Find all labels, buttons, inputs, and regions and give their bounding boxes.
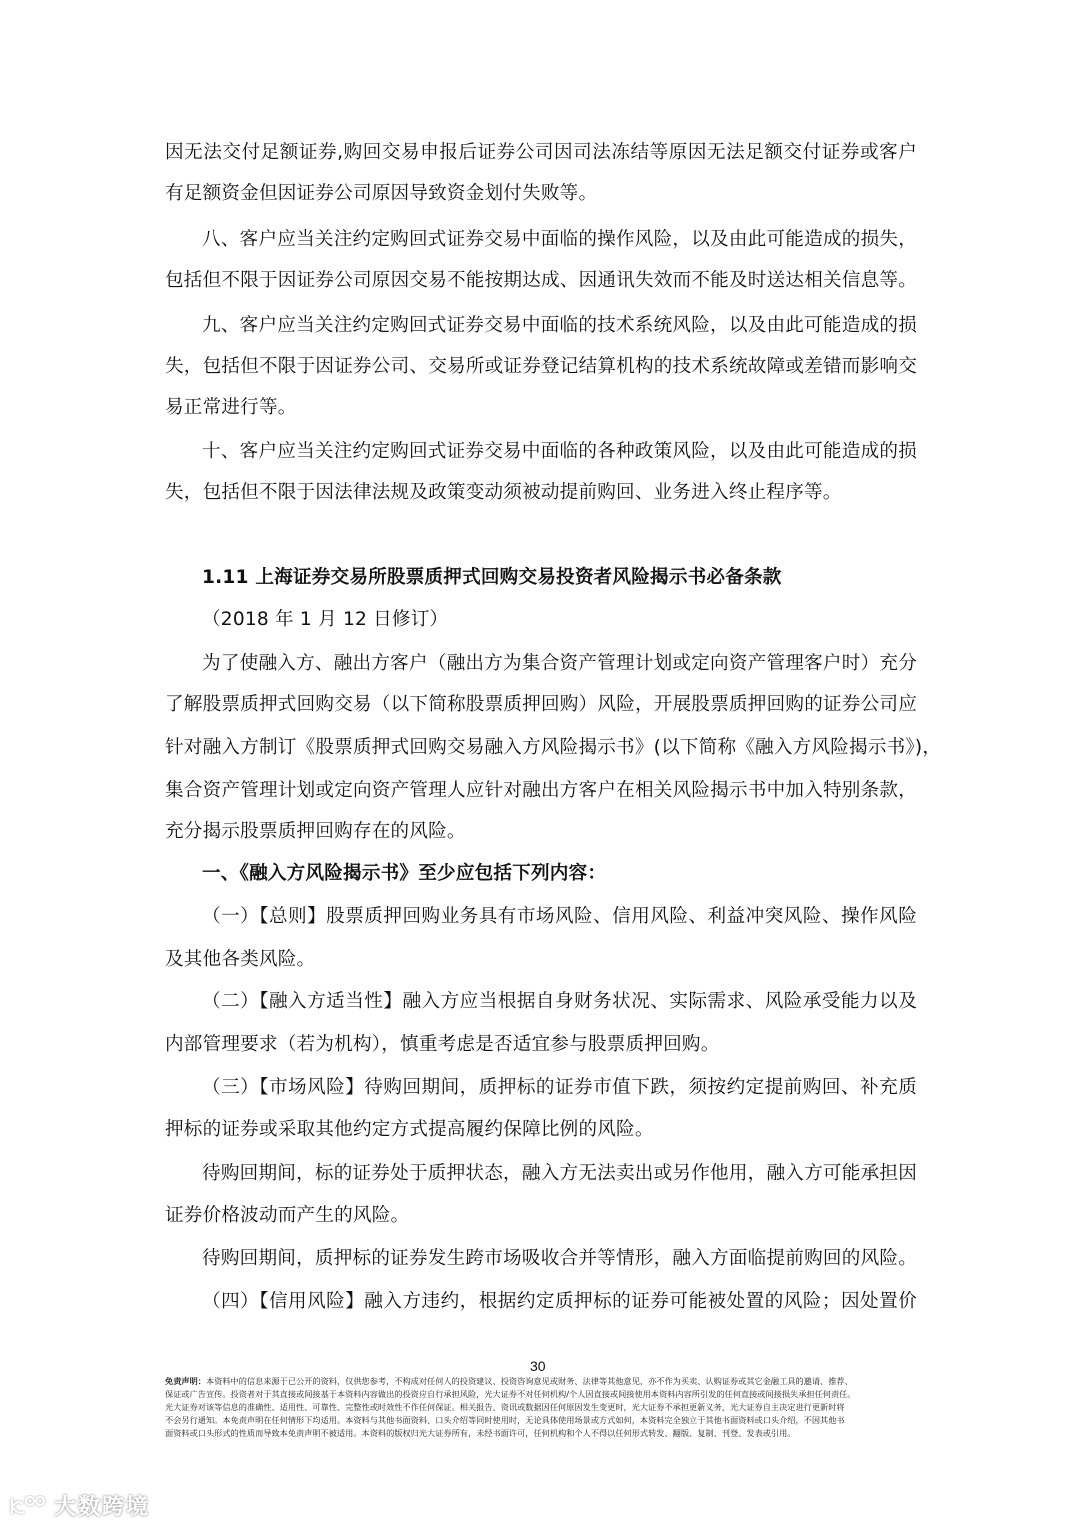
paragraph-line: 十、客户应当关注约定购回式证券交易中面临的各种政策风险，以及由此可能造成的损: [165, 440, 917, 464]
watermark: 大数跨境: [8, 1490, 150, 1521]
paragraph-line: 九、客户应当关注约定购回式证券交易中面临的技术系统风险，以及由此可能造成的损: [165, 314, 917, 338]
disclaimer-line: 光大证券对该等信息的准确性、适用性、可靠性、完整性或时效性不作任何保证。相关报告…: [165, 1401, 917, 1414]
paragraph-line: 了解股票质押式回购交易（以下简称股票质押回购）风险，开展股票质押回购的证券公司应: [165, 693, 917, 717]
k100-logo-icon: [8, 1495, 48, 1517]
paragraph-line: 押标的证券或采取其他约定方式提高履约保障比例的风险。: [165, 1118, 917, 1142]
section-heading: 1.11 上海证券交易所股票质押式回购交易投资者风险揭示书必备条款: [165, 566, 917, 590]
paragraph-line: 待购回期间，标的证券处于质押状态，融入方无法卖出或另作他用，融入方可能承担因: [165, 1162, 917, 1186]
watermark-text: 大数跨境: [54, 1490, 150, 1521]
paragraph-line: 易正常进行等。: [165, 396, 917, 420]
disclaimer-line: 保证或广告宣传。投资者对于其直接或间接基于本资料内容做出的投资应自行承担风险，光…: [165, 1388, 917, 1401]
paragraph-line: 针对融入方制订《股票质押式回购交易融入方风险揭示书》(以下简称《融入方风险揭示书…: [165, 736, 917, 760]
paragraph-line: 有足额资金但因证券公司原因导致资金划付失败等。: [165, 182, 917, 206]
page-number: 30: [530, 1358, 546, 1374]
paragraph-line: 为了使融入方、融出方客户（融出方为集合资产管理计划或定向资产管理客户时）充分: [165, 652, 917, 676]
paragraph-line: （四）【信用风险】融入方违约，根据约定质押标的证券可能被处置的风险；因处置价: [165, 1290, 917, 1314]
paragraph-line: 因无法交付足额证券,购回交易申报后证券公司因司法冻结等原因无法足额交付证券或客户: [165, 141, 917, 165]
revision-date: （2018 年 1 月 12 日修订）: [165, 608, 954, 632]
disclaimer-line: 免责声明：本资料中的信息来源于已公开的资料，仅供您参考，不构成对任何人的投资建议…: [165, 1375, 917, 1388]
paragraph-line: （二）【融入方适当性】融入方应当根据自身财务状况、实际需求、风险承受能力以及: [165, 990, 917, 1014]
subsection-heading: 一、《融入方风险揭示书》至少应包括下列内容：: [165, 862, 917, 886]
paragraph-line: 及其他各类风险。: [165, 948, 917, 972]
paragraph-line: 待购回期间，质押标的证券发生跨市场吸收合并等情形，融入方面临提前购回的风险。: [165, 1247, 917, 1271]
paragraph-line: 八、客户应当关注约定购回式证券交易中面临的操作风险，以及由此可能造成的损失，: [165, 228, 917, 252]
paragraph-line: （一）【总则】股票质押回购业务具有市场风险、信用风险、利益冲突风险、操作风险: [165, 905, 917, 929]
disclaimer-line: 不会另行通知。本免责声明在任何情形下均适用。本资料与其他书面资料、口头介绍等同时…: [165, 1414, 917, 1427]
paragraph-line: 集合资产管理计划或定向资产管理人应针对融出方客户在相关风险揭示书中加入特别条款，: [165, 779, 917, 803]
disclaimer-line: 面资料或口头形式的性质而导致本免责声明不被适用。本资料的版权归光大证券所有，未经…: [165, 1427, 917, 1440]
paragraph-line: 包括但不限于因证券公司原因交易不能按期达成、因通讯失效而不能及时送达相关信息等。: [165, 269, 917, 293]
paragraph-line: 证券价格波动而产生的风险。: [165, 1204, 917, 1228]
paragraph-line: 充分揭示股票质押回购存在的风险。: [165, 820, 917, 844]
disclaimer-label: 免责声明：: [165, 1376, 206, 1386]
paragraph-line: 失，包括但不限于因法律法规及政策变动须被动提前购回、业务进入终止程序等。: [165, 481, 917, 505]
paragraph-line: 内部管理要求（若为机构），慎重考虑是否适宜参与股票质押回购。: [165, 1033, 917, 1057]
paragraph-line: 失，包括但不限于因证券公司、交易所或证券登记结算机构的技术系统故障或差错而影响交: [165, 355, 917, 379]
paragraph-line: （三）【市场风险】待购回期间，质押标的证券市值下跌，须按约定提前购回、补充质: [165, 1076, 917, 1100]
disclaimer: 免责声明：本资料中的信息来源于已公开的资料，仅供您参考，不构成对任何人的投资建议…: [165, 1375, 917, 1440]
